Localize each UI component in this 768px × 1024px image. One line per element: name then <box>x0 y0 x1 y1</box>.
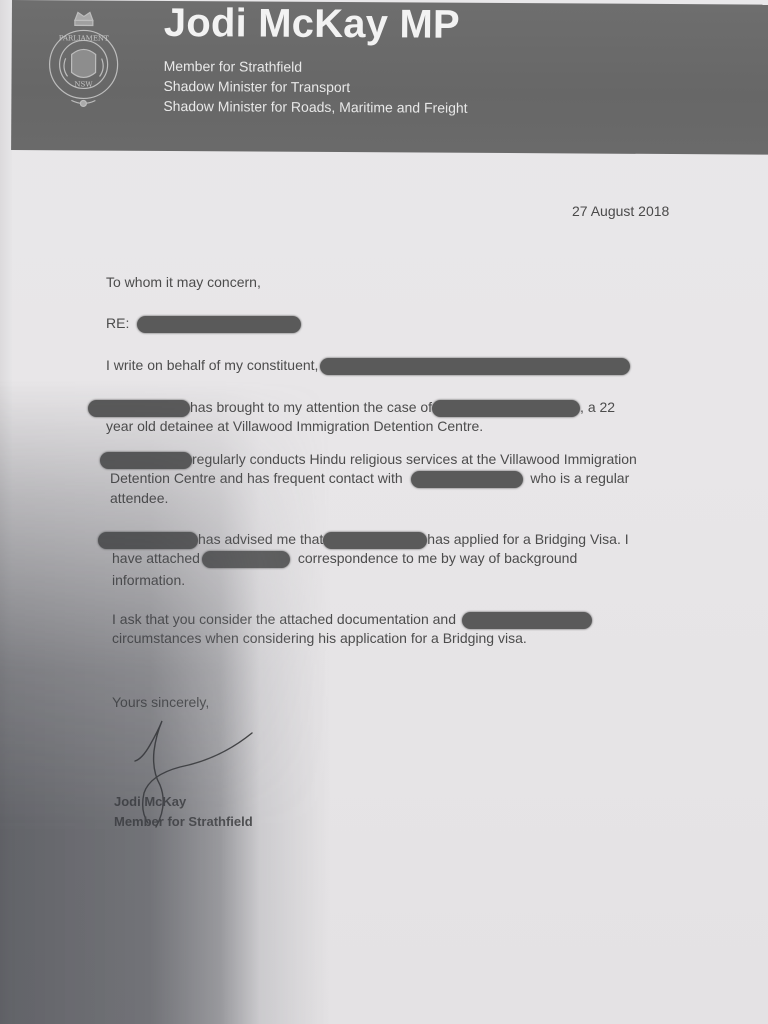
svg-text:NSW: NSW <box>74 80 93 88</box>
redaction <box>320 358 630 375</box>
nsw-parliament-crest-icon: PARLIAMENT NSW <box>41 6 126 111</box>
role-line: Member for Strathfield <box>164 56 468 78</box>
mp-roles: Member for Strathfield Shadow Minister f… <box>163 56 468 118</box>
svg-text:PARLIAMENT: PARLIAMENT <box>59 34 109 42</box>
mp-name: Jodi McKay MP <box>164 1 460 48</box>
re-label: RE: <box>106 315 129 331</box>
role-line: Shadow Minister for Roads, Maritime and … <box>163 96 467 118</box>
redaction <box>137 316 301 333</box>
letter-date: 27 August 2018 <box>572 203 669 219</box>
re-line: RE: <box>106 313 301 333</box>
photo-shadow <box>0 380 768 1024</box>
salutation: To whom it may concern, <box>106 272 261 292</box>
letterhead-banner: PARLIAMENT NSW Jodi McKay MP Member for … <box>11 0 768 155</box>
role-line: Shadow Minister for Transport <box>163 76 467 98</box>
paragraph-1: I write on behalf of my constituent, <box>106 355 630 375</box>
paragraph-text: I write on behalf of my constituent, <box>106 357 318 373</box>
